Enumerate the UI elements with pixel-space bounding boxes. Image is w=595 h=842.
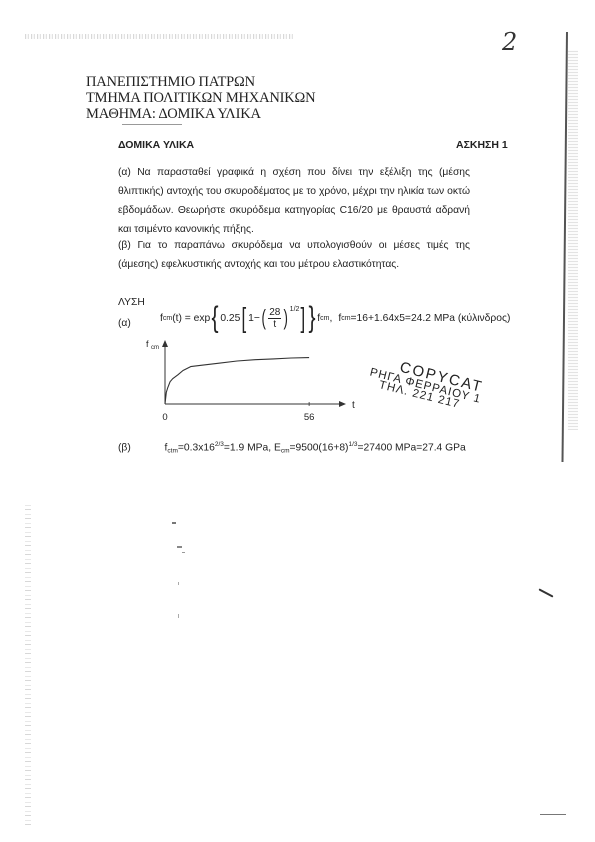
formula-paren-open: ( — [261, 307, 265, 329]
y-axis-label: f — [146, 339, 149, 349]
y-axis-arrow-icon — [162, 340, 168, 347]
x-axis-label: t — [352, 400, 355, 411]
fcm-sub: cm — [341, 315, 350, 322]
fctm-sub: ctm — [167, 447, 177, 454]
formula-fraction: 28 t — [268, 307, 281, 330]
header-underline — [122, 124, 182, 125]
formula-brace-close: } — [309, 304, 316, 332]
formula-lhs-sub: cm — [163, 315, 172, 322]
scan-artifact-right-shade — [568, 50, 578, 430]
formula-one-minus: 1− — [248, 313, 260, 324]
course-title: ΔΟΜΙΚΑ ΥΛΙΚΑ — [118, 139, 194, 151]
formula-fcm-sub: cm — [320, 315, 329, 322]
document-header: ΠΑΝΕΠΙΣΤΗΜΙΟ ΠΑΤΡΩΝ ΤΜΗΜΑ ΠΟΛΙΤΙΚΩΝ ΜΗΧΑ… — [86, 74, 315, 122]
formula-exp: (t) = exp — [172, 313, 210, 324]
scan-artifact-top — [25, 34, 295, 39]
scan-artifact-bottom — [540, 814, 566, 815]
ecm-sub: cm — [281, 447, 290, 454]
y-axis-label-sub: cm — [151, 345, 159, 351]
course-line: ΜΑΘΗΜΑ: ΔΟΜΙΚΑ ΥΛΙΚΑ — [86, 106, 315, 122]
fctm-exponent: 2/3 — [215, 441, 224, 448]
formula-bracket-open: [ — [242, 304, 247, 332]
strength-development-formula: fcm (t) = exp { 0.25 [ 1− ( 28 t ) 1/2 ]… — [160, 304, 510, 332]
fraction-numerator: 28 — [268, 307, 281, 319]
problem-part-b: (β) Για το παραπάνω σκυρόδεμα να υπολογι… — [118, 236, 470, 274]
formula-exponent: 1/2 — [290, 306, 300, 313]
formula-paren-close: ) — [284, 307, 288, 329]
pen-mark — [538, 588, 553, 597]
exercise-label: ΑΣΚΗΣΗ 1 — [456, 139, 508, 151]
formula-bracket-close: ] — [301, 304, 306, 332]
chart-svg: fcmt056 — [140, 340, 380, 422]
fcm-value: =16+1.64x5=24.2 MPa (κύλινδρος) — [351, 313, 511, 324]
fraction-denominator: t — [273, 319, 276, 330]
handwritten-page-number: 2 — [502, 28, 517, 56]
strength-curve — [165, 358, 309, 404]
x-tick-label: 56 — [304, 412, 315, 423]
scan-artifact-left — [25, 505, 31, 825]
formula-coef: 0.25 — [220, 313, 240, 324]
formula-brace-open: { — [212, 304, 219, 332]
solution-part-b: (β) fctm=0.3x162/3=1.9 MPa, Ecm=9500(16+… — [118, 441, 466, 454]
copycat-stamp: COPYCAT ΡΗΓΑ ΦΕΡΡΑΙΟΥ 1 ΤΗΛ. 221 217 — [366, 352, 486, 416]
department-name: ΤΜΗΜΑ ΠΟΛΙΤΙΚΩΝ ΜΗΧΑΝΙΚΩΝ — [86, 90, 315, 106]
fctm-result: =1.9 MPa, — [224, 442, 274, 453]
solution-part-b-label: (β) — [118, 442, 131, 453]
ecm-result: =27400 MPa=27.4 GPa — [358, 442, 466, 453]
solution-heading: ΛΥΣΗ — [118, 297, 145, 308]
x-axis-arrow-icon — [339, 401, 346, 407]
problem-part-a: (α) Να παρασταθεί γραφικά η σχέση που δί… — [118, 163, 470, 239]
ecm-label: E — [274, 442, 281, 453]
ecm-exponent: 1/3 — [349, 441, 358, 448]
strength-time-chart: fcmt056 — [140, 340, 380, 422]
university-name: ΠΑΝΕΠΙΣΤΗΜΙΟ ΠΑΤΡΩΝ — [86, 74, 315, 90]
x-tick-label: 0 — [162, 412, 167, 423]
solution-part-a-label: (α) — [118, 318, 131, 329]
fctm-expression: =0.3x16 — [178, 442, 215, 453]
ecm-expression: =9500(16+8) — [290, 442, 349, 453]
scan-artifact-right-edge — [561, 32, 567, 462]
formula-separator: , — [329, 313, 332, 324]
